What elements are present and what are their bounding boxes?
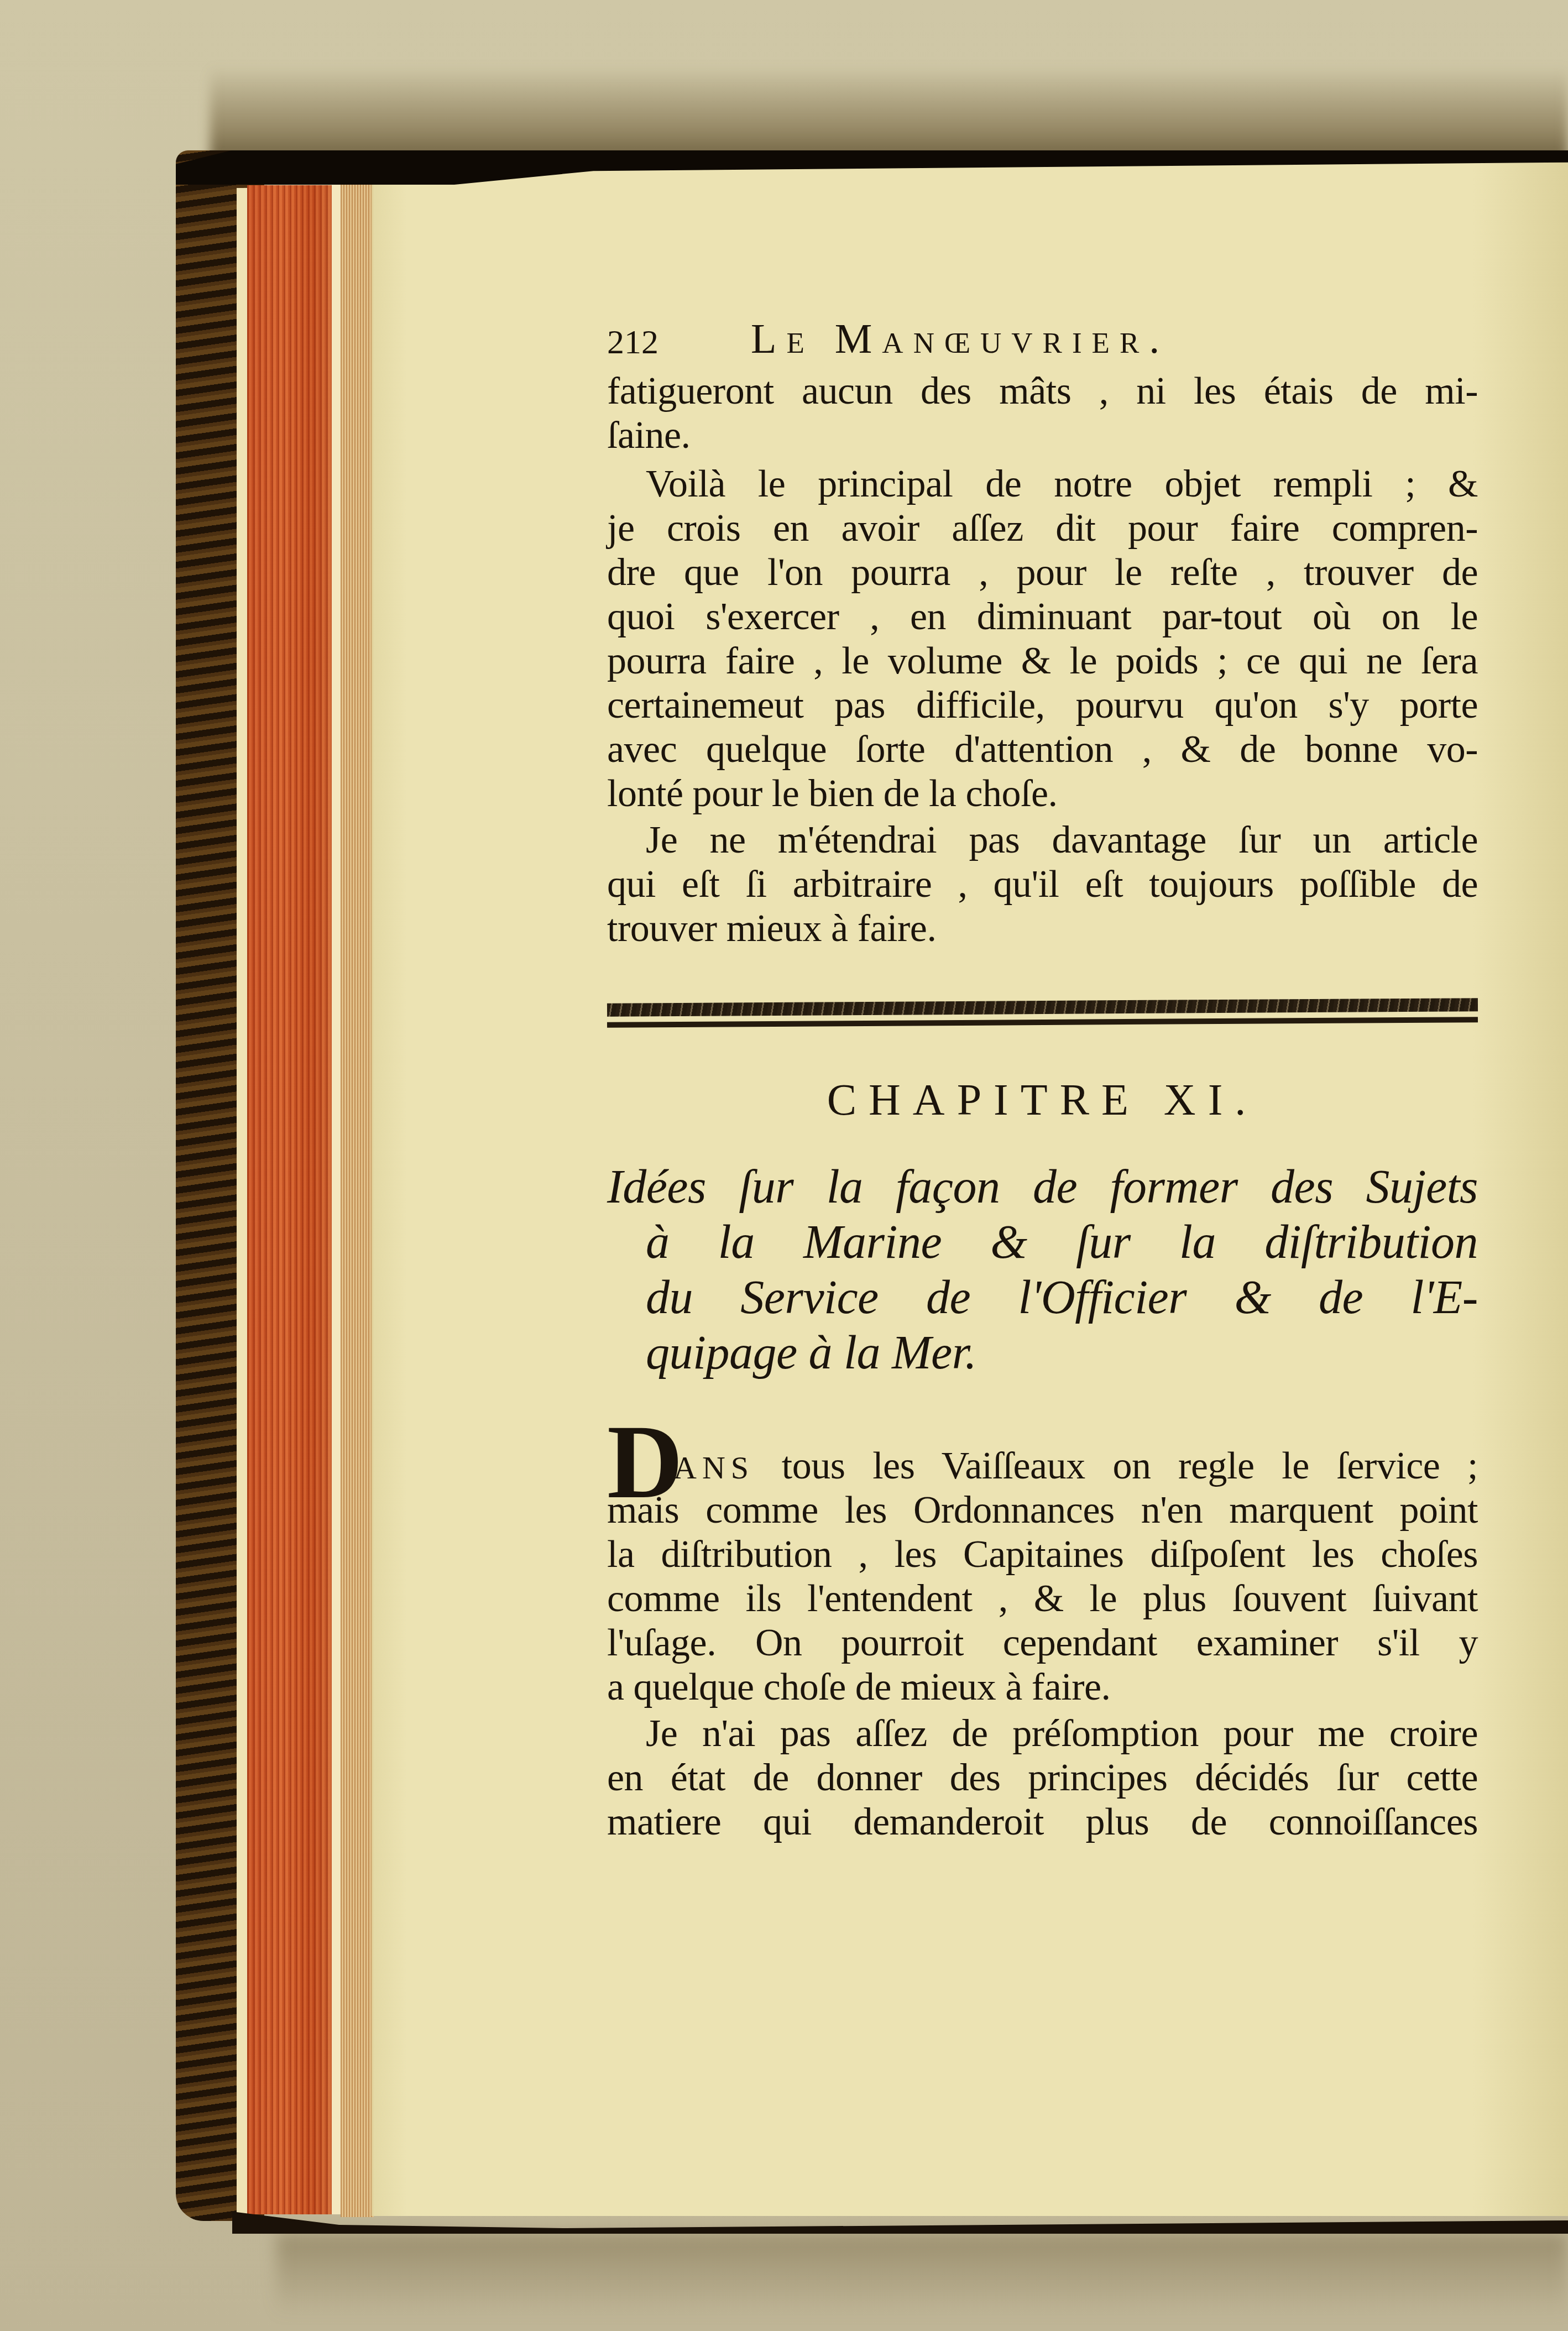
text-line: Voilà le principal de notre objet rempli…	[607, 462, 1478, 506]
subtitle-line: du Service de l'Officier & de l'E-	[607, 1272, 1478, 1323]
text-line: je crois en avoir aſſez dit pour faire c…	[607, 506, 1478, 551]
text-line: matiere qui demanderoit plus de connoiſſ…	[607, 1800, 1478, 1844]
text-line: quoi s'exercer , en diminuant par-tout o…	[607, 595, 1478, 639]
text-line: fatigueront aucun des mâts , ni les étai…	[607, 369, 1478, 414]
page-edge-tan	[341, 177, 374, 2217]
rule-thick	[607, 998, 1478, 1017]
text-line: comme ils l'entendent , & le plus ſouven…	[607, 1577, 1478, 1621]
subtitle-line: Idées ſur la façon de former des Sujets	[607, 1161, 1478, 1212]
subtitle-line: à la Marine & ſur la diſtribution	[607, 1216, 1478, 1267]
first-word-smallcaps: ANS	[673, 1450, 754, 1486]
text-line: dre que l'on pourra , pour le reſte , tr…	[607, 551, 1478, 595]
background-shadow-bottom	[276, 2234, 1568, 2317]
running-head: 212 Le Manœuvrier.	[607, 314, 1478, 364]
text-line: qui eſt ſi arbitraire , qu'il eſt toujou…	[607, 863, 1478, 907]
page-gutter	[372, 158, 373, 2216]
text-line: Je ne m'étendrai pas davantage ſur un ar…	[607, 818, 1478, 863]
chapter-title: CHAPITRE XI.	[607, 1075, 1478, 1125]
text-line: ſaine.	[607, 414, 1478, 458]
decorative-rule	[607, 995, 1478, 1028]
subtitle-line: quipage à la Mer.	[607, 1327, 1478, 1378]
background-shadow-top	[210, 66, 1568, 160]
page-edge-red	[247, 185, 336, 2214]
text-line: en état de donner des principes décidés …	[607, 1756, 1478, 1800]
text-line: Je n'ai pas aſſez de préſomption pour me…	[607, 1712, 1478, 1756]
text-line: ANS tous les Vaiſſeaux on regle le ſervi…	[673, 1444, 1478, 1490]
text-line: lonté pour le bien de la choſe.	[607, 772, 1478, 816]
running-title: Le Manœuvrier.	[751, 314, 1169, 364]
text-line-rest: tous les Vaiſſeaux on regle le ſervice ;	[782, 1445, 1478, 1487]
text-line: avec quelque ſorte d'attention , & de bo…	[607, 728, 1478, 772]
text-line: la diſtribution , les Capitaines diſpoſe…	[607, 1533, 1478, 1577]
text-line: pourra faire , le volume & le poids ; ce…	[607, 639, 1478, 683]
text-line: certainemeut pas difficile, pourvu qu'on…	[607, 683, 1478, 728]
text-line: mais comme les Ordonnances n'en marquent…	[607, 1488, 1478, 1533]
text-line: trouver mieux à faire.	[607, 907, 1478, 951]
rule-thin	[607, 1017, 1478, 1028]
page-number: 212	[607, 317, 658, 367]
text-line: a quelque choſe de mieux à faire.	[607, 1665, 1478, 1710]
text-line: l'uſage. On pourroit cependant examiner …	[607, 1621, 1478, 1665]
